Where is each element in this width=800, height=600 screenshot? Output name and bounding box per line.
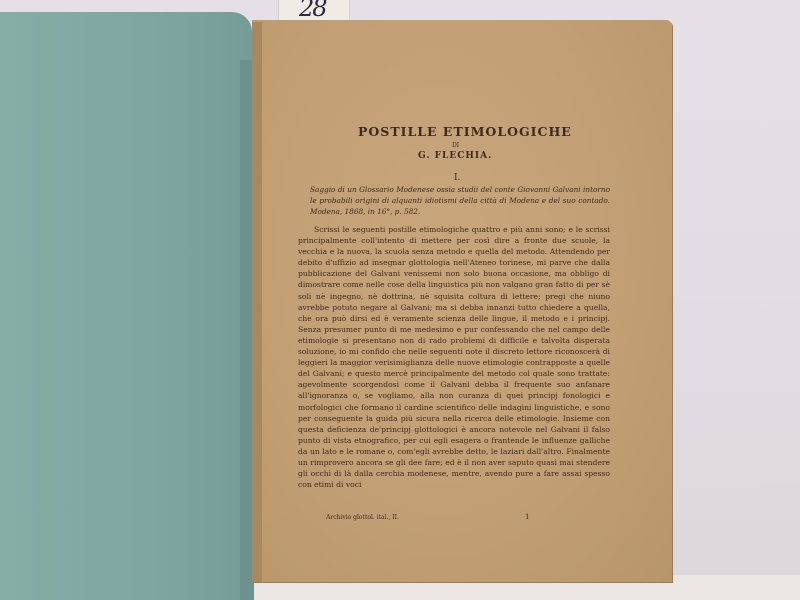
label-number: 28 bbox=[299, 0, 326, 22]
section-number: I. bbox=[454, 173, 460, 183]
blue-paper-cover bbox=[0, 12, 252, 600]
handwritten-label-tag: 28 bbox=[278, 0, 350, 22]
page-spine-edge bbox=[252, 22, 262, 582]
journal-footer: Archivio glottol. ital., II. bbox=[326, 514, 399, 521]
page-content: POSTILLE ETIMOLOGICHE DI G. FLECHIA. I. … bbox=[252, 20, 672, 582]
bibliographic-reference: Saggio di un Glossario Modenese ossia st… bbox=[310, 184, 610, 217]
page-number: 1 bbox=[525, 513, 529, 521]
author-name: G. FLECHIA. bbox=[418, 151, 492, 161]
by-line: DI bbox=[452, 142, 459, 149]
document-page: POSTILLE ETIMOLOGICHE DI G. FLECHIA. I. … bbox=[252, 20, 672, 582]
body-paragraph: Scrissi le seguenti postille etimologich… bbox=[298, 224, 610, 490]
document-title: POSTILLE ETIMOLOGICHE bbox=[358, 124, 572, 139]
body-text: Scrissi le seguenti postille etimologich… bbox=[298, 224, 610, 490]
